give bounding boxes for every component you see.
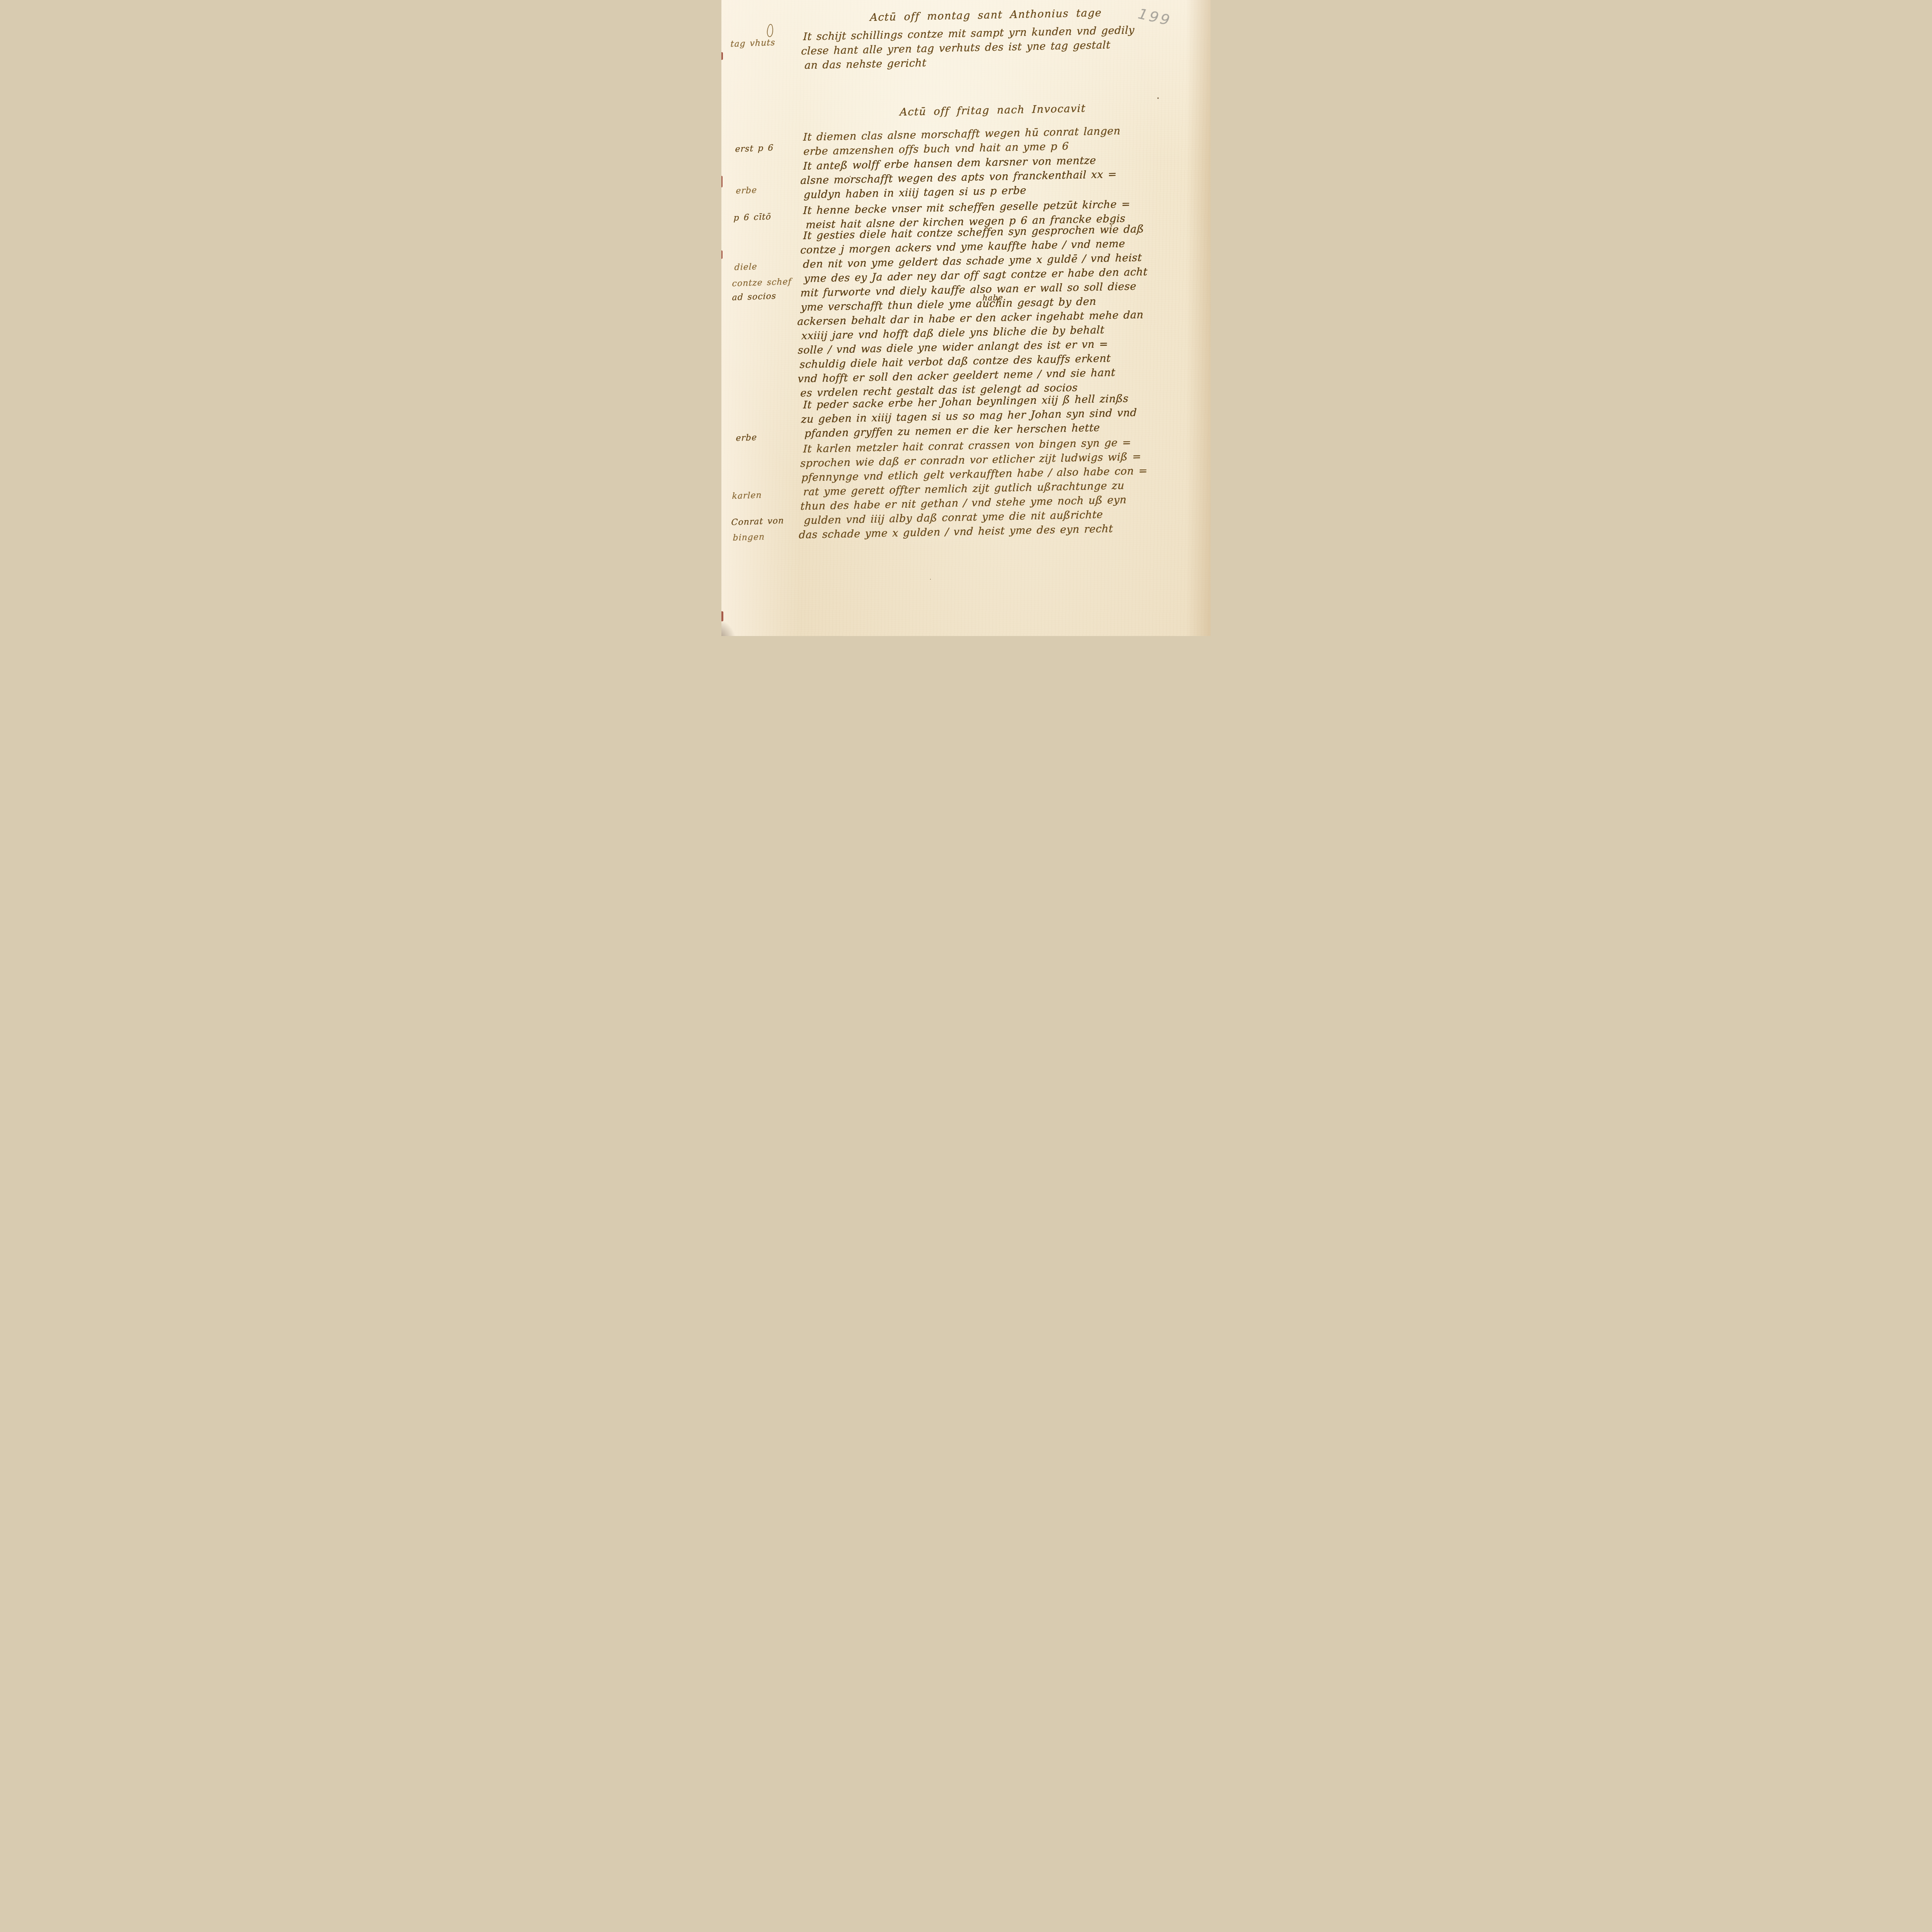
margin-note-ad-socios: ad socios <box>732 291 776 303</box>
heading-first-session: Actū off montag sant Anthonius tage <box>870 7 1102 24</box>
margin-note-bingen: bingen <box>733 532 765 543</box>
margin-note-p6-citm: p 6 cītō <box>733 212 771 223</box>
margin-note-conrat-von: Conrat von <box>731 516 784 527</box>
entry-schillings-contze: It schijt schillings contze mit sampt yr… <box>802 23 1134 73</box>
binding-edge-mark <box>721 52 723 60</box>
margin-note-erbe-1: erbe <box>736 185 757 196</box>
entry-antes-wolff: It anteß wolff erbe hansen dem karsner v… <box>802 153 1117 202</box>
entry-gesties-diele: It gesties diele hait contze scheffen sy… <box>798 222 1149 400</box>
margin-note-diele: diele <box>734 262 757 272</box>
pen-flourish-loop <box>766 24 774 37</box>
ink-speck <box>1157 97 1159 99</box>
interlinear-insertion: habe <box>982 291 1003 306</box>
heading-second-session: Actū off fritag nach Invocavit <box>900 102 1086 118</box>
corner-shadow <box>721 619 736 636</box>
binding-edge-mark <box>721 250 723 259</box>
ink-speck <box>1076 415 1077 417</box>
margin-note-erbe-2: erbe <box>736 433 757 443</box>
entry-karlen-metzler: It karlen metzler hait conrat crassen vo… <box>800 435 1149 542</box>
margin-note-erst-p6: erst p 6 <box>735 143 774 155</box>
ink-speck <box>850 176 851 177</box>
entry-peder-sacke: It peder sacke erbe her Johan beynlingen… <box>802 391 1138 441</box>
margin-note-contze-schef: contze schef <box>732 277 792 289</box>
binding-edge-mark <box>721 176 723 187</box>
margin-note-tag-vhuts: tag vhuts <box>730 38 776 49</box>
manuscript-page: 199 Actū off montag sant Anthonius tage … <box>721 0 1211 636</box>
margin-note-karlen: karlen <box>732 490 762 501</box>
folio-number: 199 <box>1136 5 1173 29</box>
ink-speck <box>930 579 931 580</box>
